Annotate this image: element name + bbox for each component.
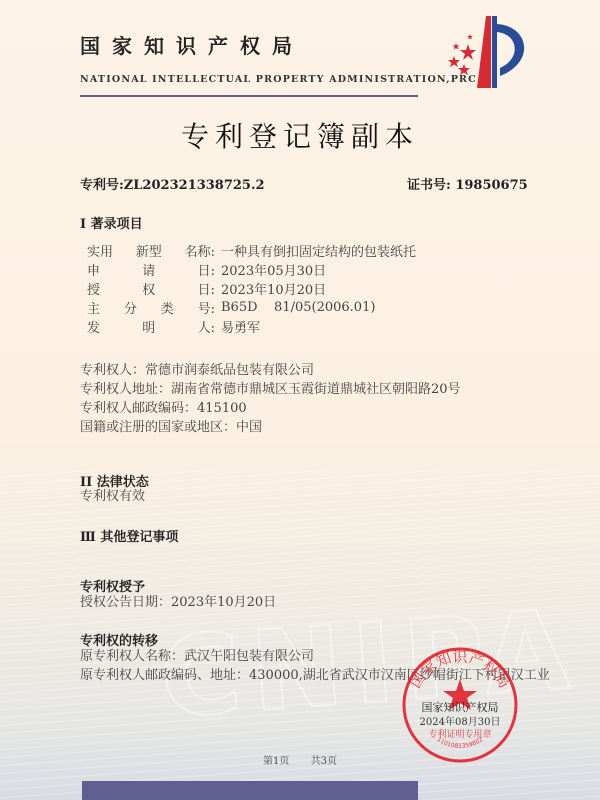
table-row: 授 权 日: 2023年10月20日 (87, 279, 416, 298)
svg-text:2024年08月30日: 2024年08月30日 (420, 715, 501, 728)
main-classification: B65D 81/05(2006.01) (221, 300, 375, 315)
bibliographic-table: 实用 新型 名称: 一种具有倒扣固定结构的包装纸托 申 请 日: 2023年05… (87, 241, 416, 336)
row-label: 发 明 人: (87, 317, 215, 336)
patent-number: 专利号:ZL202321338725.2 (80, 174, 265, 193)
owner-address: 专利权人地址：湖南省常德市鼎城区玉霞街道鼎城社区朝阳路20号 (80, 380, 461, 399)
inventor: 易勇军 (221, 317, 260, 336)
cnipa-logo-icon (444, 14, 534, 94)
row-label: 主 分 类 号: (87, 298, 215, 317)
agency-name-cn: 国家知识产权局 (80, 30, 304, 59)
section-other-matters-heading: Ⅲ 其他登记事项 (80, 526, 178, 545)
page-indicator: 第1页 共3页 (0, 752, 600, 767)
certificate-number: 证书号: 19850675 (407, 174, 528, 193)
table-row: 实用 新型 名称: 一种具有倒扣固定结构的包装纸托 (87, 241, 416, 260)
footer-band (82, 781, 418, 800)
legal-status: 专利权有效 (80, 487, 145, 506)
section-bibliographic-heading: I 著录项目 (80, 213, 143, 232)
table-row: 申 请 日: 2023年05月30日 (87, 260, 416, 279)
row-label: 授 权 日: (87, 279, 215, 298)
grant-announcement-date: 授权公告日期：2023年10月20日 (80, 593, 276, 612)
row-label: 申 请 日: (87, 260, 215, 279)
grant-date: 2023年10月20日 (221, 279, 326, 298)
svg-text:专利证明专用章: 专利证明专用章 (428, 728, 491, 740)
application-date: 2023年05月30日 (221, 260, 326, 279)
nationality: 国籍或注册的国家或地区：中国 (80, 418, 461, 437)
total-pages: 共3页 (311, 756, 337, 767)
owner-info: 专利权人：常德市润泰纸品包装有限公司 专利权人地址：湖南省常德市鼎城区玉霞街道鼎… (80, 361, 461, 437)
row-label: 实用 新型 名称: (87, 241, 215, 260)
table-row: 主 分 类 号: B65D 81/05(2006.01) (87, 298, 416, 317)
utility-model-name: 一种具有倒扣固定结构的包装纸托 (221, 241, 416, 260)
official-seal-icon: 国家知识产权局 国家知识产权局 2024年08月30日 专利证明专用章 1101… (397, 645, 523, 763)
svg-text:国家知识产权局: 国家知识产权局 (422, 700, 499, 714)
agency-name-en: NATIONAL INTELLECTUAL PROPERTY ADMINISTR… (80, 74, 477, 85)
current-page: 第1页 (263, 756, 289, 767)
header-rule (80, 95, 418, 97)
owner-postcode: 专利权人邮政编码：415100 (80, 399, 461, 418)
table-row: 发 明 人: 易勇军 (87, 317, 416, 336)
patent-owner: 专利权人：常德市润泰纸品包装有限公司 (80, 361, 461, 380)
page-title: 专利登记簿副本 (0, 115, 600, 155)
